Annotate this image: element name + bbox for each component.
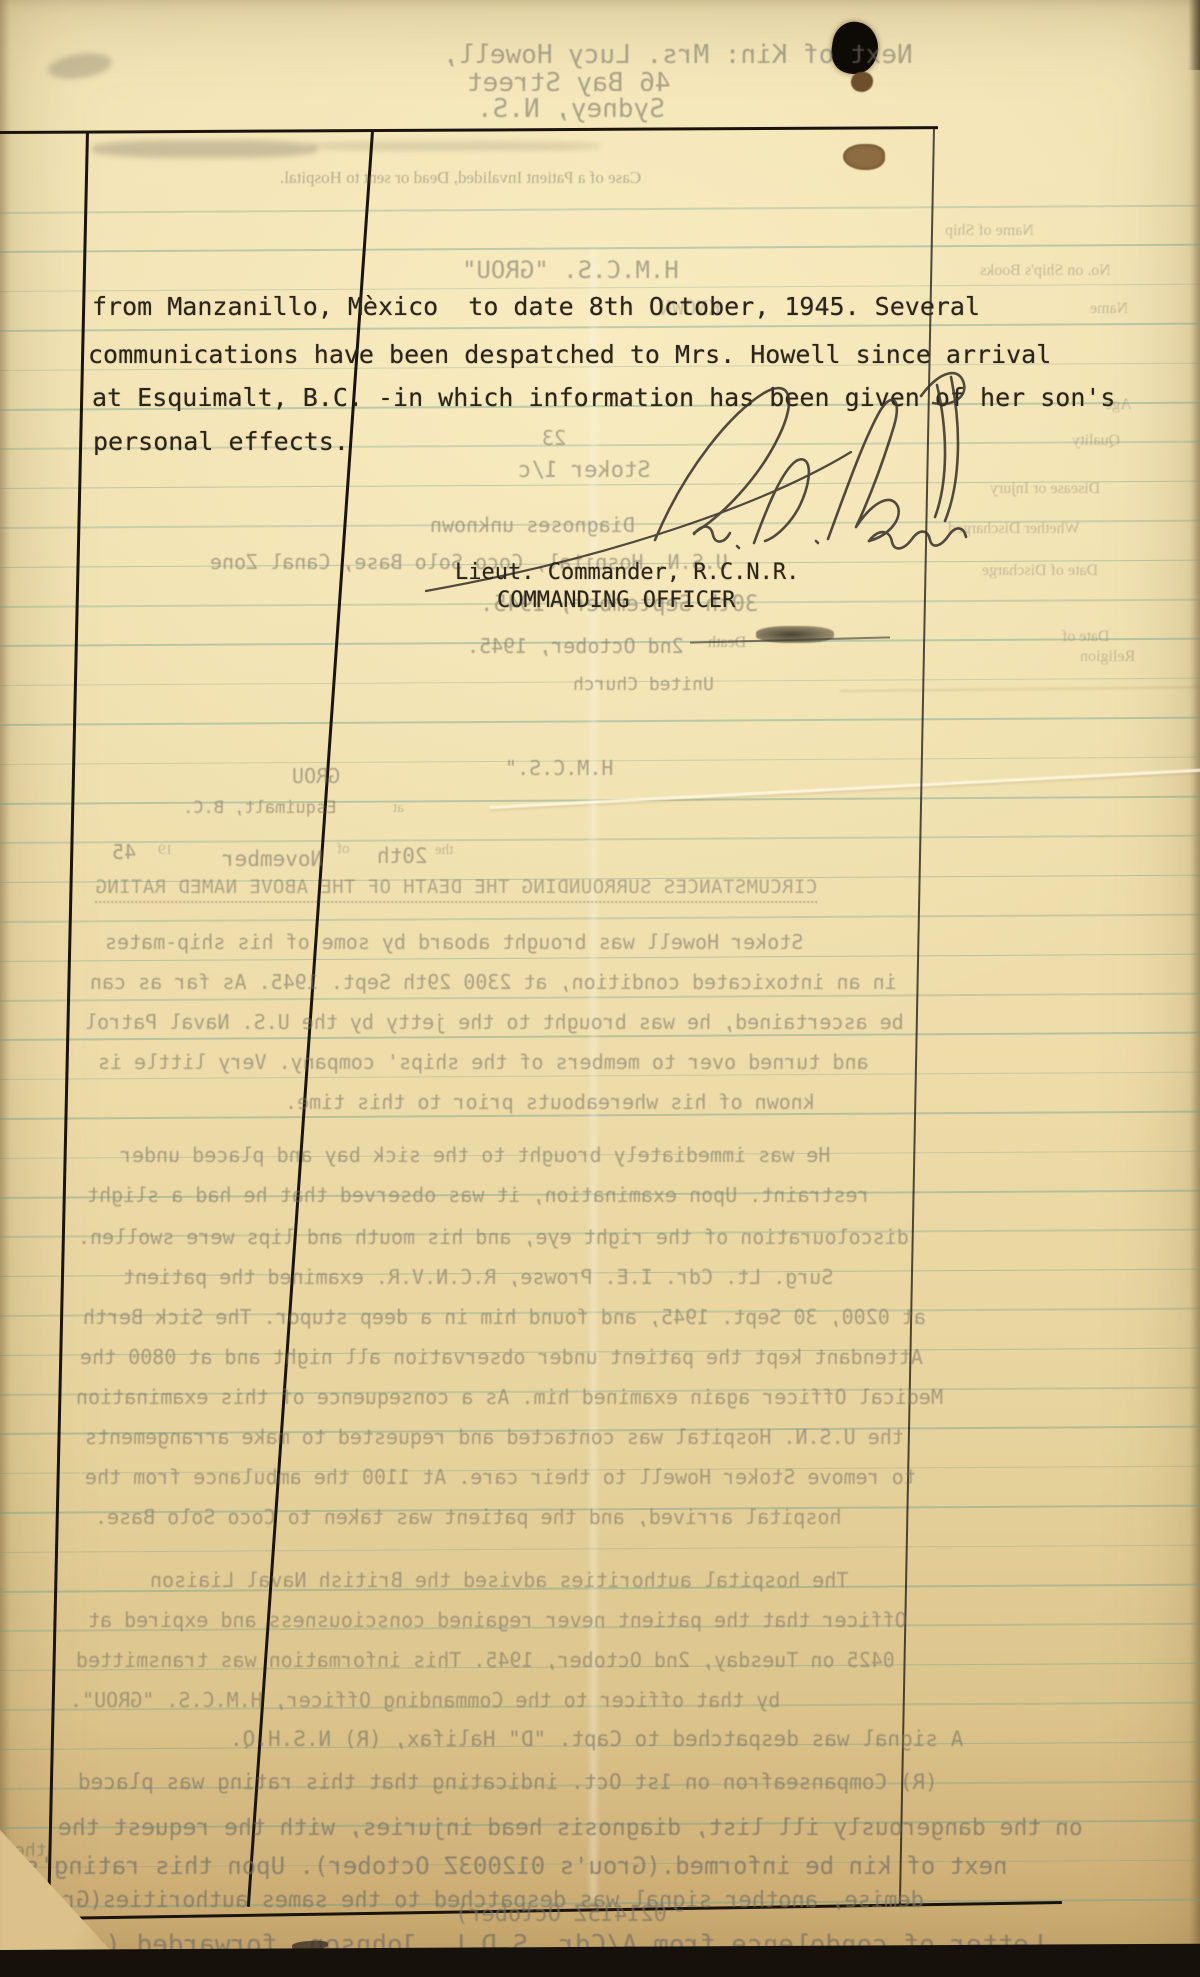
signature-stroke [828, 400, 899, 541]
ghost-body-line: at 0200, 30 Sept. 1945, and found him in… [83, 1305, 926, 1329]
ghost-body-line: (R) Companseafron on 1st Oct. indicating… [78, 1770, 938, 1794]
ghost-body-line: restraint. Upon examination, it was obse… [87, 1183, 870, 1207]
ghost-body-line: by that officer to the Commanding Office… [70, 1688, 780, 1712]
ghost-body-line: The hospital authorities advised the Bri… [150, 1568, 848, 1592]
ghost-body-line: Stoker Howell was brought aboard by some… [105, 930, 803, 954]
ghost-body-line: Surg. Lt. Cdr. I.E. Prowse, R.C.N.V.R. e… [123, 1265, 833, 1289]
ruled-line [0, 322, 1200, 331]
ghost-label-disease: Disease or Injury [990, 480, 1100, 498]
ghost-letterhead-hmcs: H.M.C.S." [505, 756, 613, 780]
signature-stroke [754, 459, 809, 543]
signature-stroke [816, 541, 818, 543]
ruled-line [0, 835, 1200, 844]
signature-stroke [694, 527, 730, 542]
ruled-line [0, 716, 1200, 725]
ghost-letterhead-ship: GROU [292, 764, 340, 788]
ghost-letterhead-of: of [337, 841, 350, 858]
ghost-letterhead-at: at [393, 800, 404, 817]
signature-stroke [737, 546, 739, 548]
ghost-body-line: known of his whereabouts prior to this t… [285, 1090, 815, 1114]
ghost-form-caption: Case of a Patient Invalided, Dead or sen… [280, 168, 641, 188]
ghost-value-religion: United Church [573, 674, 714, 695]
ghost-body-line: Officer that the patient never regained … [88, 1608, 907, 1632]
ruled-line [0, 244, 1200, 253]
ghost-body-line: to remove Stoker Howell to their care. A… [85, 1465, 916, 1489]
ghost-address-city: Sydney, N.S. [477, 94, 665, 124]
typed-paragraph-line: from Manzanillo, Mèxico to date 8th Octo… [92, 292, 980, 321]
ghost-body-line: 021415Z October) [455, 1902, 667, 1927]
typed-paragraph-line: personal effects. [93, 427, 349, 456]
ghost-body-line: A signal was despatched to Capt. "D" Hal… [230, 1727, 963, 1751]
bottom-scan-band [0, 1944, 1200, 1977]
signature-stroke [921, 373, 964, 404]
paper-stain [843, 144, 885, 170]
ghost-value-death-date: 2nd October, 1945. [467, 634, 684, 658]
ghost-body-line: in an intoxicated condition, at 2300 29t… [90, 970, 897, 994]
ghost-body-line: on the dangerously ill list, diagnosis h… [58, 1815, 1083, 1841]
ghost-body-line: He was immediately brought to the sick b… [120, 1143, 830, 1167]
typed-office-line: COMMANDING OFFICER [497, 588, 735, 613]
ghost-body-line: and turned over to members of the ships'… [98, 1050, 869, 1074]
ghost-body-line: next of kin be informed.(Grou's 012003Z … [25, 1852, 1008, 1880]
ghost-ship-name-value: H.M.C.S. "GROU" [462, 256, 679, 284]
ruled-line [0, 953, 1200, 962]
ghost-letterhead-year-printed: 19 [158, 842, 173, 859]
ghost-letterhead-year: 45 [112, 840, 136, 864]
ruled-line [0, 1544, 1200, 1553]
ghost-next-of-kin-line: Next of Kin: Mrs. Lucy Howell, [443, 40, 913, 70]
ghost-body-line: Attendant kept the patient under observa… [80, 1345, 923, 1369]
ghost-label-religion: Religion [1080, 648, 1135, 666]
scanned-document-page: Next of Kin: Mrs. Lucy Howell, 46 Bay St… [0, 0, 1200, 1977]
ink-smudge-top [92, 140, 317, 158]
ghost-label-date-of: Date of [1062, 628, 1110, 646]
ghost-label-death: Death [708, 634, 746, 652]
signature-stroke [655, 388, 789, 540]
ghost-body-line: 0425 on Tuesday, 2nd October, 1945. This… [76, 1648, 895, 1672]
ghost-body-line: discolouration of the right eye, and his… [78, 1225, 909, 1249]
ghost-letterhead-day: 20th [377, 844, 428, 868]
ruled-line [0, 204, 1200, 213]
ghost-label-no-on-books: No. on Ship's Books [980, 262, 1111, 280]
ghost-label-name-of-ship: Name of Ship [945, 222, 1034, 240]
ghost-letterhead-place: Esquimalt, B.C. [183, 798, 337, 818]
signature-stroke [869, 528, 966, 548]
ghost-label-date-of-discharge: Date of Discharge [982, 562, 1098, 580]
ghost-label-name: Name [1090, 300, 1128, 318]
ghost-body-line: hospital arrived, and the patient was ta… [95, 1505, 842, 1529]
ghost-heading-circumstances: CIRCUMSTANCES SURROUNDING THE DEATH OF T… [95, 876, 817, 903]
ghost-body-line: Medical Officer again examined him. As a… [76, 1385, 943, 1409]
ghost-body-line: the U.S.N. Hospital was contacted and re… [85, 1425, 904, 1449]
ruled-line [0, 283, 1200, 292]
ghost-body-line: be ascertained, he was brought to the je… [85, 1010, 904, 1034]
typed-rank-line: Lieut. Commander, R.C.N.R. [455, 560, 799, 585]
ruled-line [0, 913, 1200, 922]
ghost-letterhead-month: November [222, 847, 323, 871]
signature-stroke [935, 377, 958, 521]
ghost-label-quality: Quality [1072, 432, 1120, 450]
ink-smudge-top-2 [310, 141, 600, 151]
ghost-letterhead-the: the [435, 842, 453, 859]
